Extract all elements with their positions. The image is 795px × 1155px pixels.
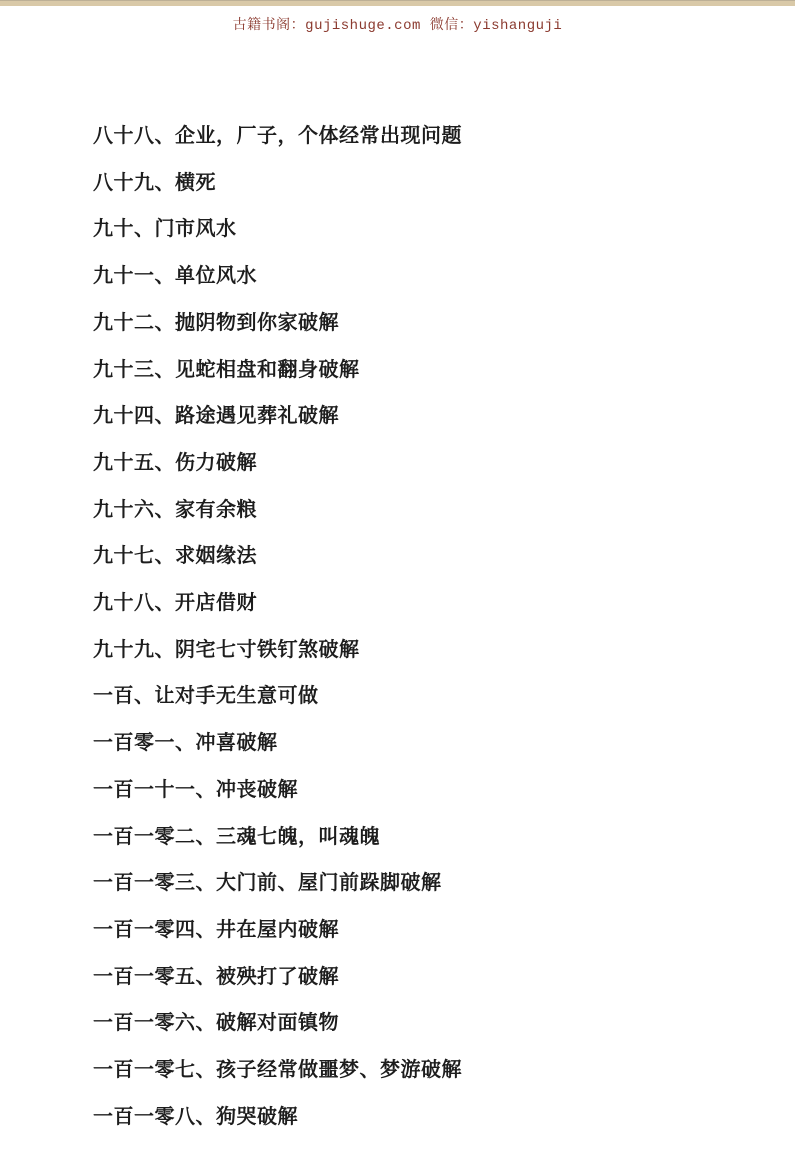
top-border-bar — [0, 0, 795, 6]
toc-item: 一百一十一、冲丧破解 — [0, 767, 795, 814]
toc-item: 一百一零七、孩子经常做噩梦、梦游破解 — [0, 1047, 795, 1094]
toc-item: 九十六、家有余粮 — [0, 487, 795, 534]
document-page: 古籍书阁：gujishuge.com 微信：yishanguji 八十八、企业，… — [0, 0, 795, 1155]
toc-item: 一百、让对手无生意可做 — [0, 673, 795, 720]
toc-item: 一百一零二、三魂七魄，叫魂魄 — [0, 814, 795, 861]
toc-item: 一百一零六、破解对面镇物 — [0, 1000, 795, 1047]
toc-item: 一百一零三、大门前、屋门前跺脚破解 — [0, 860, 795, 907]
toc-item: 一百零一、冲喜破解 — [0, 720, 795, 767]
toc-item: 九十四、路途遇见葬礼破解 — [0, 393, 795, 440]
header-watermark: 古籍书阁：gujishuge.com 微信：yishanguji — [0, 14, 795, 34]
toc-item: 九十九、阴宅七寸铁钉煞破解 — [0, 627, 795, 674]
toc-list: 八十八、企业，厂子，个体经常出现问题 八十九、横死 九十、门市风水 九十一、单位… — [0, 113, 795, 1140]
toc-item: 九十一、单位风水 — [0, 253, 795, 300]
toc-item: 一百一零五、被殃打了破解 — [0, 954, 795, 1001]
toc-item: 九十、门市风水 — [0, 206, 795, 253]
toc-item: 九十八、开店借财 — [0, 580, 795, 627]
toc-item: 九十五、伤力破解 — [0, 440, 795, 487]
toc-item: 八十八、企业，厂子，个体经常出现问题 — [0, 113, 795, 160]
toc-item: 九十二、抛阴物到你家破解 — [0, 300, 795, 347]
toc-item: 八十九、横死 — [0, 160, 795, 207]
toc-item: 一百一零四、井在屋内破解 — [0, 907, 795, 954]
toc-item: 九十三、见蛇相盘和翻身破解 — [0, 347, 795, 394]
toc-item: 一百一零八、狗哭破解 — [0, 1094, 795, 1141]
toc-item: 九十七、求姻缘法 — [0, 533, 795, 580]
